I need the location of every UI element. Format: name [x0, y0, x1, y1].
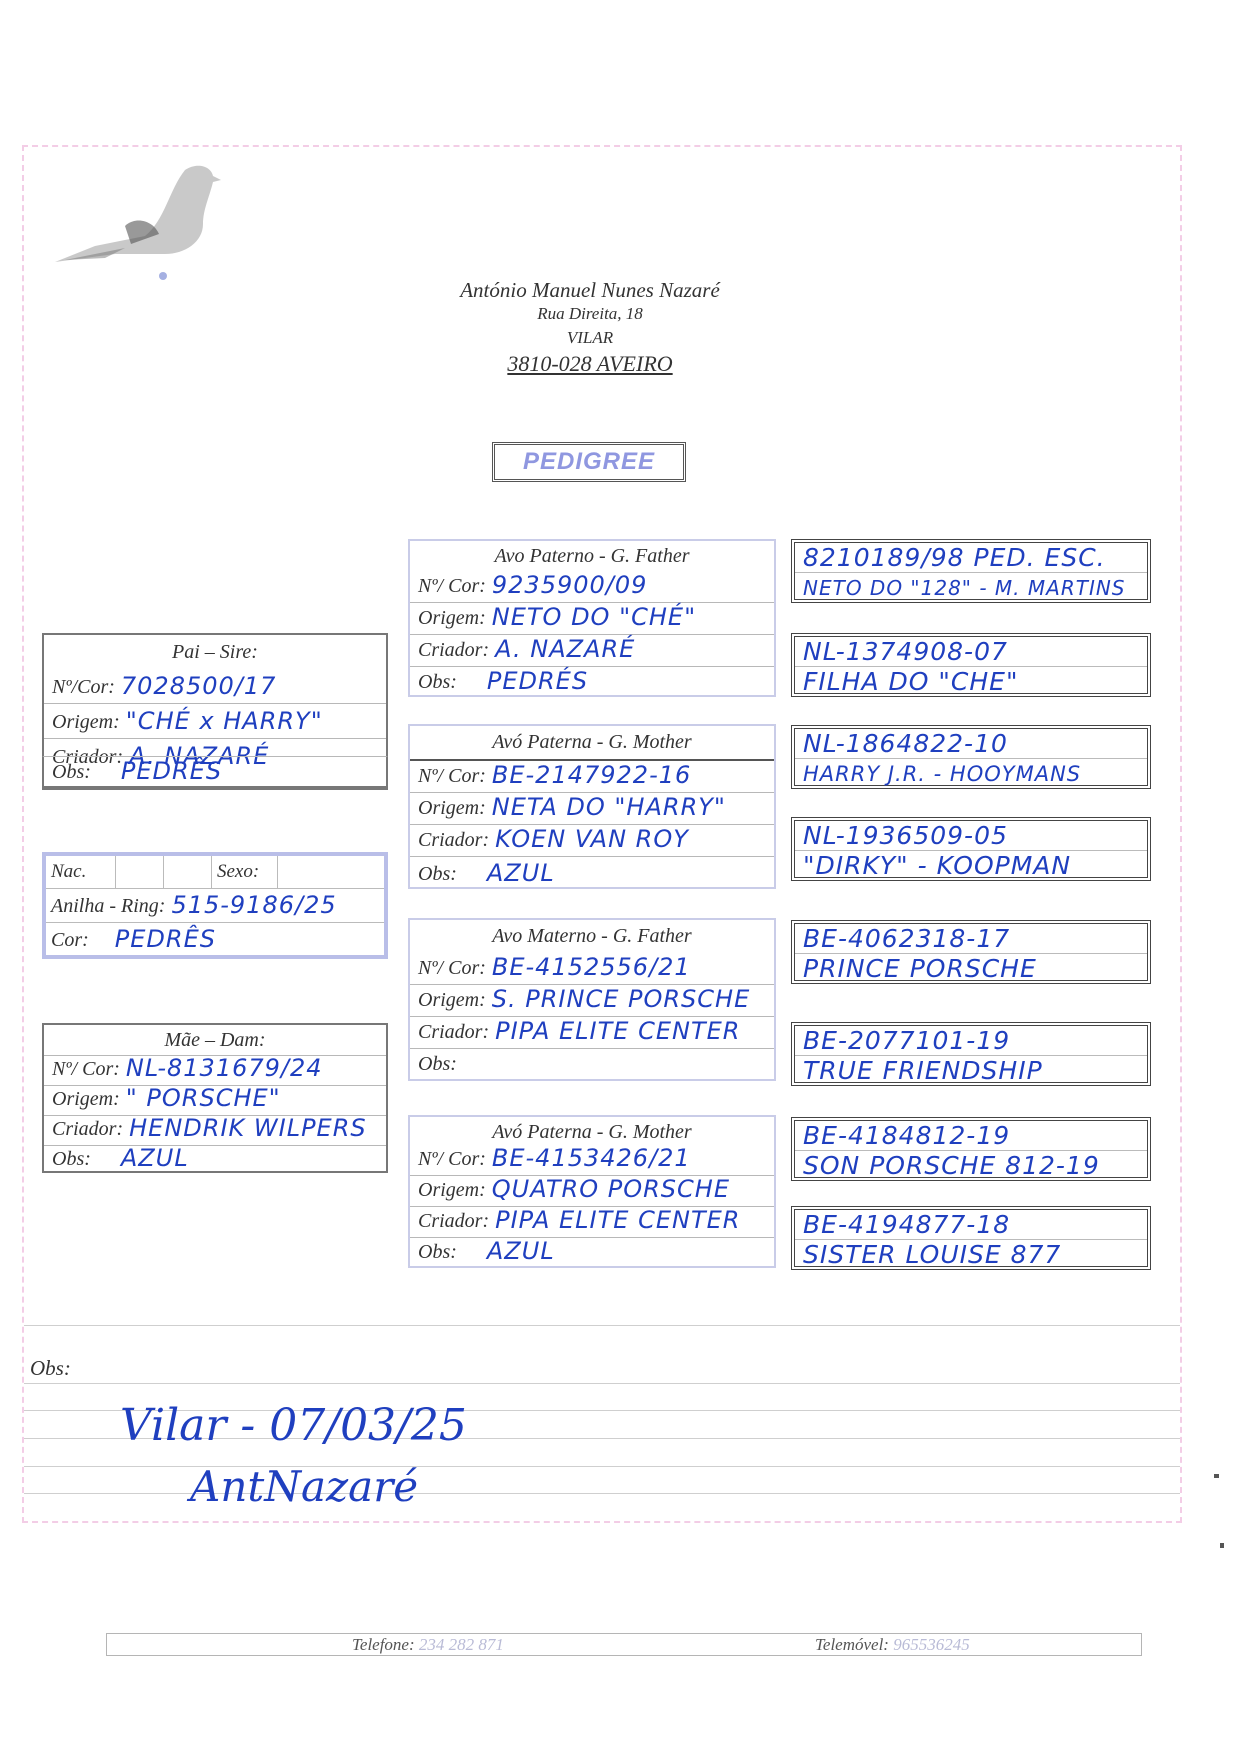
obs-label: Obs:	[30, 1356, 71, 1381]
sire-obs-row: Obs:PEDRÊS	[42, 756, 388, 790]
label: Criador:	[418, 824, 489, 856]
label: Obs:	[418, 858, 457, 890]
ggp-name: HARRY J.R. - HOOYMANS	[795, 759, 1147, 788]
obs-line	[24, 1383, 1180, 1384]
label: Origem:	[418, 984, 486, 1016]
ggp-number: BE-4184812-19	[795, 1121, 1147, 1151]
grandparent-title: Avo Paterno - G. Father	[410, 541, 774, 571]
label: Origem:	[418, 602, 486, 634]
label: Nº/ Cor:	[418, 570, 486, 602]
grandparent-obs: PEDRÉS	[487, 664, 588, 698]
phone-number: 234 282 871	[419, 1635, 504, 1654]
label: Criador:	[418, 1016, 489, 1048]
mobile-number: 965536245	[893, 1635, 970, 1654]
mobile-label-text: Telemóvel:	[815, 1635, 889, 1654]
signature: AntNazaré	[190, 1462, 418, 1511]
sex-field	[278, 856, 384, 888]
nac-field-1	[116, 856, 164, 888]
ggp-number: BE-4194877-18	[795, 1210, 1147, 1240]
great-grandparent-box: NL-1374908-07 FILHA DO "CHE"	[791, 633, 1151, 697]
grandparent-origin: NETA DO "HARRY"	[492, 790, 726, 824]
great-grandparent-box: 8210189/98 PED. ESC. NETO DO "128" - M. …	[791, 539, 1151, 603]
label: Obs:	[52, 756, 91, 788]
label: Nº/Cor:	[52, 671, 115, 703]
ggp-name: "DIRKY" - KOOPMAN	[795, 851, 1147, 880]
grandparent-box: Avó Paterna - G. Mother Nº/ Cor:BE-41534…	[408, 1115, 776, 1268]
great-grandparent-box: BE-4062318-17 PRINCE PORSCHE	[791, 920, 1151, 984]
label: Criador:	[418, 634, 489, 666]
bird-ring: 515-9186/25	[171, 888, 336, 922]
grandparent-number: BE-2147922-16	[492, 758, 691, 792]
sire-number: 7028500/17	[121, 669, 277, 703]
mobile-label: Telemóvel: 965536245	[815, 1634, 970, 1656]
dam-origin: " PORSCHE"	[126, 1081, 281, 1115]
phone-label: Telefone: 234 282 871	[352, 1634, 504, 1656]
scan-speck	[1220, 1543, 1224, 1548]
grandparent-title: Avo Materno - G. Father	[410, 920, 774, 953]
grandparent-origin: QUATRO PORSCHE	[492, 1172, 730, 1206]
grandparent-breeder: A. NAZARÉ	[495, 632, 635, 666]
ggp-number: BE-4062318-17	[795, 924, 1147, 954]
ggp-number: NL-1374908-07	[795, 637, 1147, 667]
ggp-number: NL-1864822-10	[795, 729, 1147, 759]
dam-box: Mãe – Dam: Nº/ Cor:NL-8131679/24 Origem:…	[42, 1023, 388, 1173]
sire-obs: PEDRÊS	[121, 754, 222, 788]
divider	[24, 1325, 1180, 1326]
grandparent-box: Avó Paterna - G. Mother Nº/ Cor:BE-21479…	[408, 724, 776, 889]
grandparent-obs: AZUL	[487, 1234, 555, 1268]
great-grandparent-box: BE-2077101-19 TRUE FRIENDSHIP	[791, 1022, 1151, 1086]
scan-speck	[1214, 1474, 1219, 1478]
owner-name: António Manuel Nunes Nazaré	[380, 278, 800, 302]
label: Nº/ Cor:	[418, 1143, 486, 1175]
grandparent-box: Avo Materno - G. Father Nº/ Cor:BE-41525…	[408, 918, 776, 1081]
grandparent-title: Avó Paterna - G. Mother	[410, 726, 774, 761]
grandparent-breeder: KOEN VAN ROY	[495, 822, 689, 856]
bird-box: Nac. Sexo: Anilha - Ring:515-9186/25 Cor…	[42, 852, 388, 959]
sire-title: Pai – Sire:	[44, 635, 386, 669]
ggp-number: BE-2077101-19	[795, 1026, 1147, 1056]
great-grandparent-box: NL-1936509-05 "DIRKY" - KOOPMAN	[791, 817, 1151, 881]
label: Origem:	[418, 792, 486, 824]
street-address: Rua Direita, 18	[380, 302, 800, 326]
grandparent-obs: AZUL	[487, 856, 555, 890]
label: Nº/ Cor:	[418, 760, 486, 792]
label: Criador:	[418, 1205, 489, 1237]
great-grandparent-box: BE-4184812-19 SON PORSCHE 812-19	[791, 1117, 1151, 1181]
signature-place-date: Vilar - 07/03/25	[120, 1400, 467, 1451]
pigeon-logo-icon	[35, 150, 245, 310]
label: Obs:	[418, 666, 457, 698]
ggp-name: SON PORSCHE 812-19	[795, 1151, 1147, 1180]
nac-field-2	[164, 856, 212, 888]
ggp-number: 8210189/98 PED. ESC.	[795, 543, 1147, 573]
contact-footer: Telefone: 234 282 871 Telemóvel: 9655362…	[106, 1633, 1142, 1656]
bird-color: PEDRÊS	[115, 922, 216, 956]
great-grandparent-box: BE-4194877-18 SISTER LOUISE 877	[791, 1206, 1151, 1270]
grandparent-origin: S. PRINCE PORSCHE	[492, 982, 750, 1016]
label: Origem:	[52, 706, 120, 738]
label: Obs:	[418, 1236, 457, 1268]
grandparent-number: 9235900/09	[492, 568, 648, 602]
label: Nº/ Cor:	[418, 952, 486, 984]
ggp-name: SISTER LOUISE 877	[795, 1240, 1147, 1269]
postal-code: 3810-028 AVEIRO	[380, 352, 800, 376]
village: VILAR	[380, 326, 800, 350]
ggp-name: PRINCE PORSCHE	[795, 954, 1147, 983]
grandparent-number: BE-4153426/21	[492, 1141, 691, 1175]
ggp-name: FILHA DO "CHE"	[795, 667, 1147, 696]
great-grandparent-box: NL-1864822-10 HARRY J.R. - HOOYMANS	[791, 725, 1151, 789]
grandparent-box: Avo Paterno - G. Father Nº/ Cor:9235900/…	[408, 539, 776, 697]
grandparent-breeder: PIPA ELITE CENTER	[495, 1203, 740, 1237]
ggp-name: NETO DO "128" - M. MARTINS	[795, 573, 1147, 602]
label: Obs:	[52, 1143, 91, 1175]
label: Cor:	[51, 924, 89, 956]
grandparent-breeder: PIPA ELITE CENTER	[495, 1014, 740, 1048]
breeder-header: António Manuel Nunes Nazaré Rua Direita,…	[380, 278, 800, 376]
phone-label-text: Telefone:	[352, 1635, 415, 1654]
label: Sexo:	[212, 856, 278, 888]
label: Origem:	[418, 1174, 486, 1206]
dam-number: NL-8131679/24	[126, 1051, 323, 1085]
grandparent-origin: NETO DO "CHÉ"	[492, 600, 696, 634]
label: Criador:	[52, 1113, 123, 1145]
label: Anilha - Ring:	[51, 890, 165, 922]
ggp-name: TRUE FRIENDSHIP	[795, 1056, 1147, 1085]
grandparent-number: BE-4152556/21	[492, 950, 691, 984]
ggp-number: NL-1936509-05	[795, 821, 1147, 851]
dam-breeder: HENDRIK WILPERS	[129, 1111, 367, 1145]
sire-origin: "CHÉ x HARRY"	[126, 704, 323, 738]
dam-obs: AZUL	[121, 1141, 189, 1175]
label: Obs:	[418, 1048, 457, 1080]
pedigree-title: PEDIGREE	[492, 442, 686, 482]
label: Origem:	[52, 1083, 120, 1115]
label: Nac.	[46, 856, 116, 888]
label: Nº/ Cor:	[52, 1053, 120, 1085]
